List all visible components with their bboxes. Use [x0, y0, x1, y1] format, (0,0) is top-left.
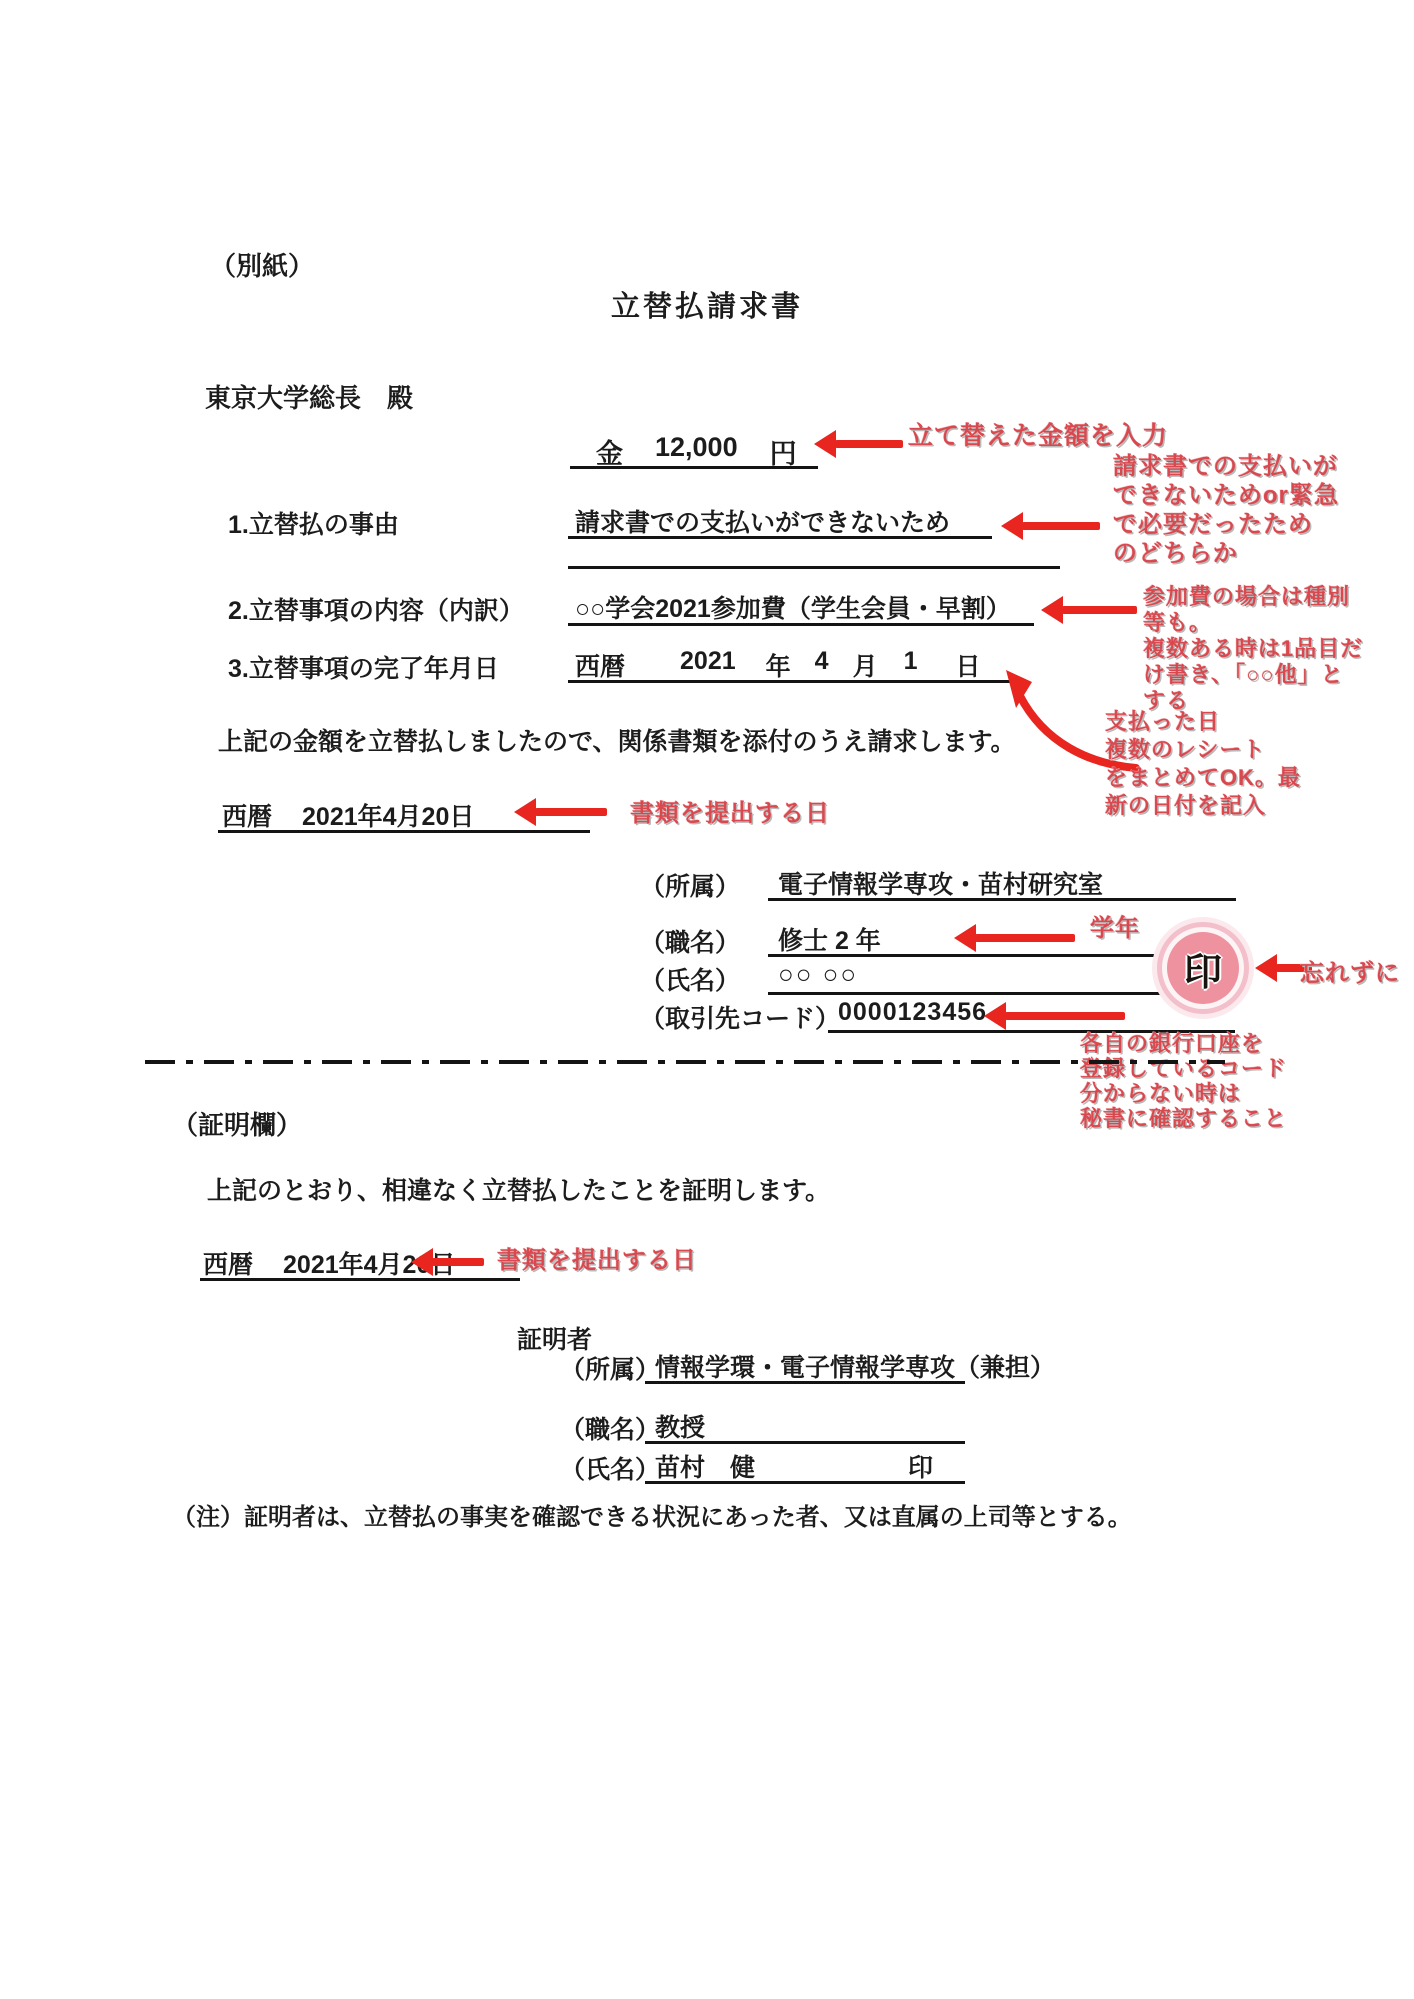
annotation-payment-date: 支払った日 複数のレシート をまとめてOK。最 新の日付を記入: [1105, 708, 1301, 820]
amount-arrow-icon: [835, 440, 903, 448]
annotation-grade: 学年: [1090, 908, 1140, 943]
grade-arrow-icon: [975, 934, 1075, 942]
attachment-note: （別紙）: [210, 246, 314, 283]
amount-underline: [570, 436, 818, 469]
item2-label: 2.立替事項の内容（内訳）: [228, 591, 524, 627]
applicant-affiliation-label: （所属）: [640, 867, 740, 903]
applicant-position-label: （職名）: [640, 923, 740, 959]
annotation-amount: 立て替えた金額を入力: [908, 416, 1168, 452]
request-statement: 上記の金額を立替払しましたので、関係書類を添付のうえ請求します。: [218, 722, 1016, 758]
annotation-submit-date-1: 書類を提出する日: [630, 793, 830, 828]
reimbursement-form-page: （別紙） 立替払請求書 東京大学総長 殿 金 12,000 円 立て替えた金額を…: [0, 0, 1414, 1999]
item1-label: 1.立替払の事由: [228, 505, 399, 541]
item2-arrow-icon: [1062, 606, 1137, 614]
applicant-name-underline: [768, 962, 1236, 995]
certificate-statement: 上記のとおり、相違なく立替払したことを証明します。: [207, 1171, 830, 1207]
annotation-reason: 請求書での支払いが できないためor緊急 で必要だったため のどちらか: [1113, 452, 1339, 568]
item2-underline: [568, 593, 1034, 626]
vendor-code-label: （取引先コード）: [640, 999, 840, 1035]
item1-underline: [568, 506, 992, 539]
certificate-section-label: （証明欄）: [172, 1105, 302, 1142]
certifier-affiliation-underline: [645, 1351, 965, 1384]
annotation-stamp: 忘れずに: [1300, 953, 1400, 988]
annotation-submit-date-2: 書類を提出する日: [497, 1240, 697, 1275]
certificate-date-arrow-icon: [432, 1258, 484, 1266]
seal-stamp: 印: [1167, 932, 1239, 1004]
submission-date-arrow-icon: [535, 808, 607, 816]
seal-stamp-character: 印: [1184, 941, 1222, 996]
vendor-code-arrow-icon: [1005, 1012, 1125, 1020]
addressee: 東京大学総長 殿: [205, 378, 413, 415]
item3-label: 3.立替事項の完了年月日: [228, 649, 499, 685]
certifier-name-underline: [645, 1451, 965, 1484]
certifier-position-underline: [645, 1411, 965, 1444]
item3-underline: [568, 650, 1014, 683]
page-title: 立替払請求書: [547, 284, 867, 325]
item1-arrow-icon: [1022, 522, 1100, 530]
applicant-affiliation-underline: [768, 868, 1236, 901]
annotation-content: 参加費の場合は種別 等も。 複数ある時は1品目だ け書き、「○○他」と する: [1143, 584, 1363, 714]
annotation-vendor-code: 各自の銀行口座を 登録しているコード 分からない時は 秘書に確認すること: [1080, 1031, 1287, 1131]
item1-underline-2: [568, 536, 1060, 569]
applicant-name-label: （氏名）: [640, 961, 740, 997]
section-divider: [145, 1060, 1225, 1064]
certificate-note: （注）証明者は、立替払の事実を確認できる状況にあった者、又は直属の上司等とする。: [172, 1497, 1132, 1532]
